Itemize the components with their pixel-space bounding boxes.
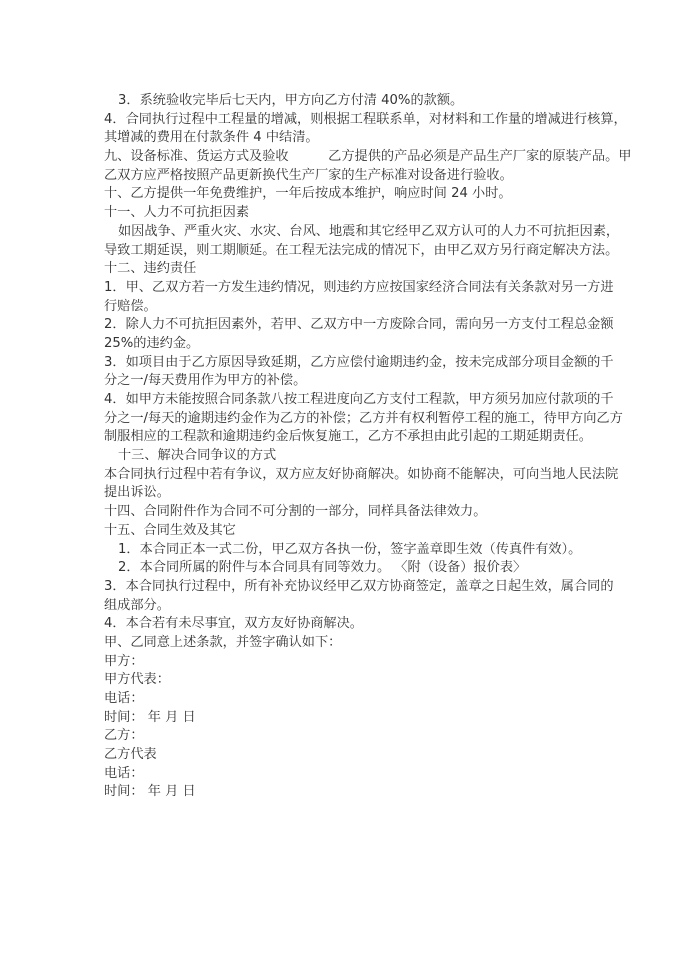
party-a-date-label: 时间： 年 月 日 xyxy=(104,709,600,728)
clause-9-line-2: 乙双方应严格按照产品更新换代生产厂家的生产标准对设备进行验收。 xyxy=(104,167,600,186)
clause-12-item-2-line-2: 25%的违约金。 xyxy=(104,335,600,354)
clause-12-item-4-line-3: 制服相应的工程款和逾期违约金后恢复施工，乙方不承担由此引起的工期延期责任。 xyxy=(104,428,600,447)
party-b-date-label: 时间： 年 月 日 xyxy=(104,783,600,802)
clause-8-item-4-line-1: 4．合同执行过程中工程量的增减，则根据工程联系单，对材料和工作量的增减进行核算， xyxy=(104,111,600,130)
clause-11-body-line-1: 如因战争、严重火灾、水灾、台风、地震和其它经甲乙双方认可的人力不可抗拒因素， xyxy=(104,223,600,242)
clause-12-item-3-line-2: 分之一/每天费用作为甲方的补偿。 xyxy=(104,372,600,391)
clause-12-item-4-line-2: 分之一/每天的逾期违约金作为乙方的补偿；乙方并有权利暂停工程的施工，待甲方向乙方 xyxy=(104,410,600,429)
clause-15-heading: 十五、合同生效及其它 xyxy=(104,522,600,541)
signature-intro: 甲、乙同意上述条款，并签字确认如下： xyxy=(104,634,600,653)
clause-11-heading: 十一、人力不可抗拒因素 xyxy=(104,204,600,223)
clause-11-body-line-2: 导致工期延误，则工期顺延。在工程无法完成的情况下，由甲乙双方另行商定解决方法。 xyxy=(104,242,600,261)
clause-13-heading: 十三、解决合同争议的方式 xyxy=(104,447,600,466)
clause-8-item-4-line-2: 其增减的费用在付款条件 4 中结清。 xyxy=(104,129,600,148)
clause-10: 十、乙方提供一年免费维护，一年后按成本维护，响应时间 24 小时。 xyxy=(104,185,600,204)
party-a-phone-label: 电话： xyxy=(104,690,600,709)
clause-12-item-3-line-1: 3．如项目由于乙方原因导致延期，乙方应偿付逾期违约金，按未完成部分项目金额的千 xyxy=(104,354,600,373)
clause-12-item-4-line-1: 4．如甲方未能按照合同条款八按工程进度向乙方支付工程款，甲方须另加应付款项的千 xyxy=(104,391,600,410)
clause-15-item-4: 4．本合若有未尽事宜，双方友好协商解决。 xyxy=(104,615,600,634)
document-page: 3．系统验收完毕后七天内，甲方向乙方付清 40%的款额。 4．合同执行过程中工程… xyxy=(104,92,600,802)
clause-15-item-3-line-2: 组成部分。 xyxy=(104,597,600,616)
clause-12-item-2-line-1: 2．除人力不可抗拒因素外，若甲、乙双方中一方废除合同，需向另一方支付工程总金额 xyxy=(104,316,600,335)
party-a-label: 甲方： xyxy=(104,653,600,672)
clause-15-item-3-line-1: 3．本合同执行过程中，所有补充协议经甲乙双方协商签定，盖章之日起生效，属合同的 xyxy=(104,578,600,597)
clause-14: 十四、合同附件作为合同不可分割的一部分，同样具备法律效力。 xyxy=(104,503,600,522)
party-b-representative-label: 乙方代表 xyxy=(104,746,600,765)
clause-15-item-2: 2．本合同所属的附件与本合同具有同等效力。 〈附（设备）报价表〉 xyxy=(104,559,600,578)
clause-15-item-1: 1．本合同正本一式二份，甲乙双方各执一份，签字盖章即生效（传真件有效）。 xyxy=(104,541,600,560)
party-a-representative-label: 甲方代表： xyxy=(104,671,600,690)
party-b-phone-label: 电话： xyxy=(104,765,600,784)
clause-12-item-1-line-1: 1．甲、乙双方若一方发生违约情况，则违约方应按国家经济合同法有关条款对另一方进 xyxy=(104,279,600,298)
party-b-label: 乙方： xyxy=(104,727,600,746)
clause-12-item-1-line-2: 行赔偿。 xyxy=(104,298,600,317)
clause-9-line-1: 九、设备标准、货运方式及验收 乙方提供的产品必须是产品生产厂家的原装产品。甲 xyxy=(104,148,600,167)
clause-13-body-line-1: 本合同执行过程中若有争议，双方应友好协商解决。如协商不能解决，可向当地人民法院 xyxy=(104,466,600,485)
clause-12-heading: 十二、违约责任 xyxy=(104,260,600,279)
clause-8-item-3: 3．系统验收完毕后七天内，甲方向乙方付清 40%的款额。 xyxy=(104,92,600,111)
clause-13-body-line-2: 提出诉讼。 xyxy=(104,484,600,503)
